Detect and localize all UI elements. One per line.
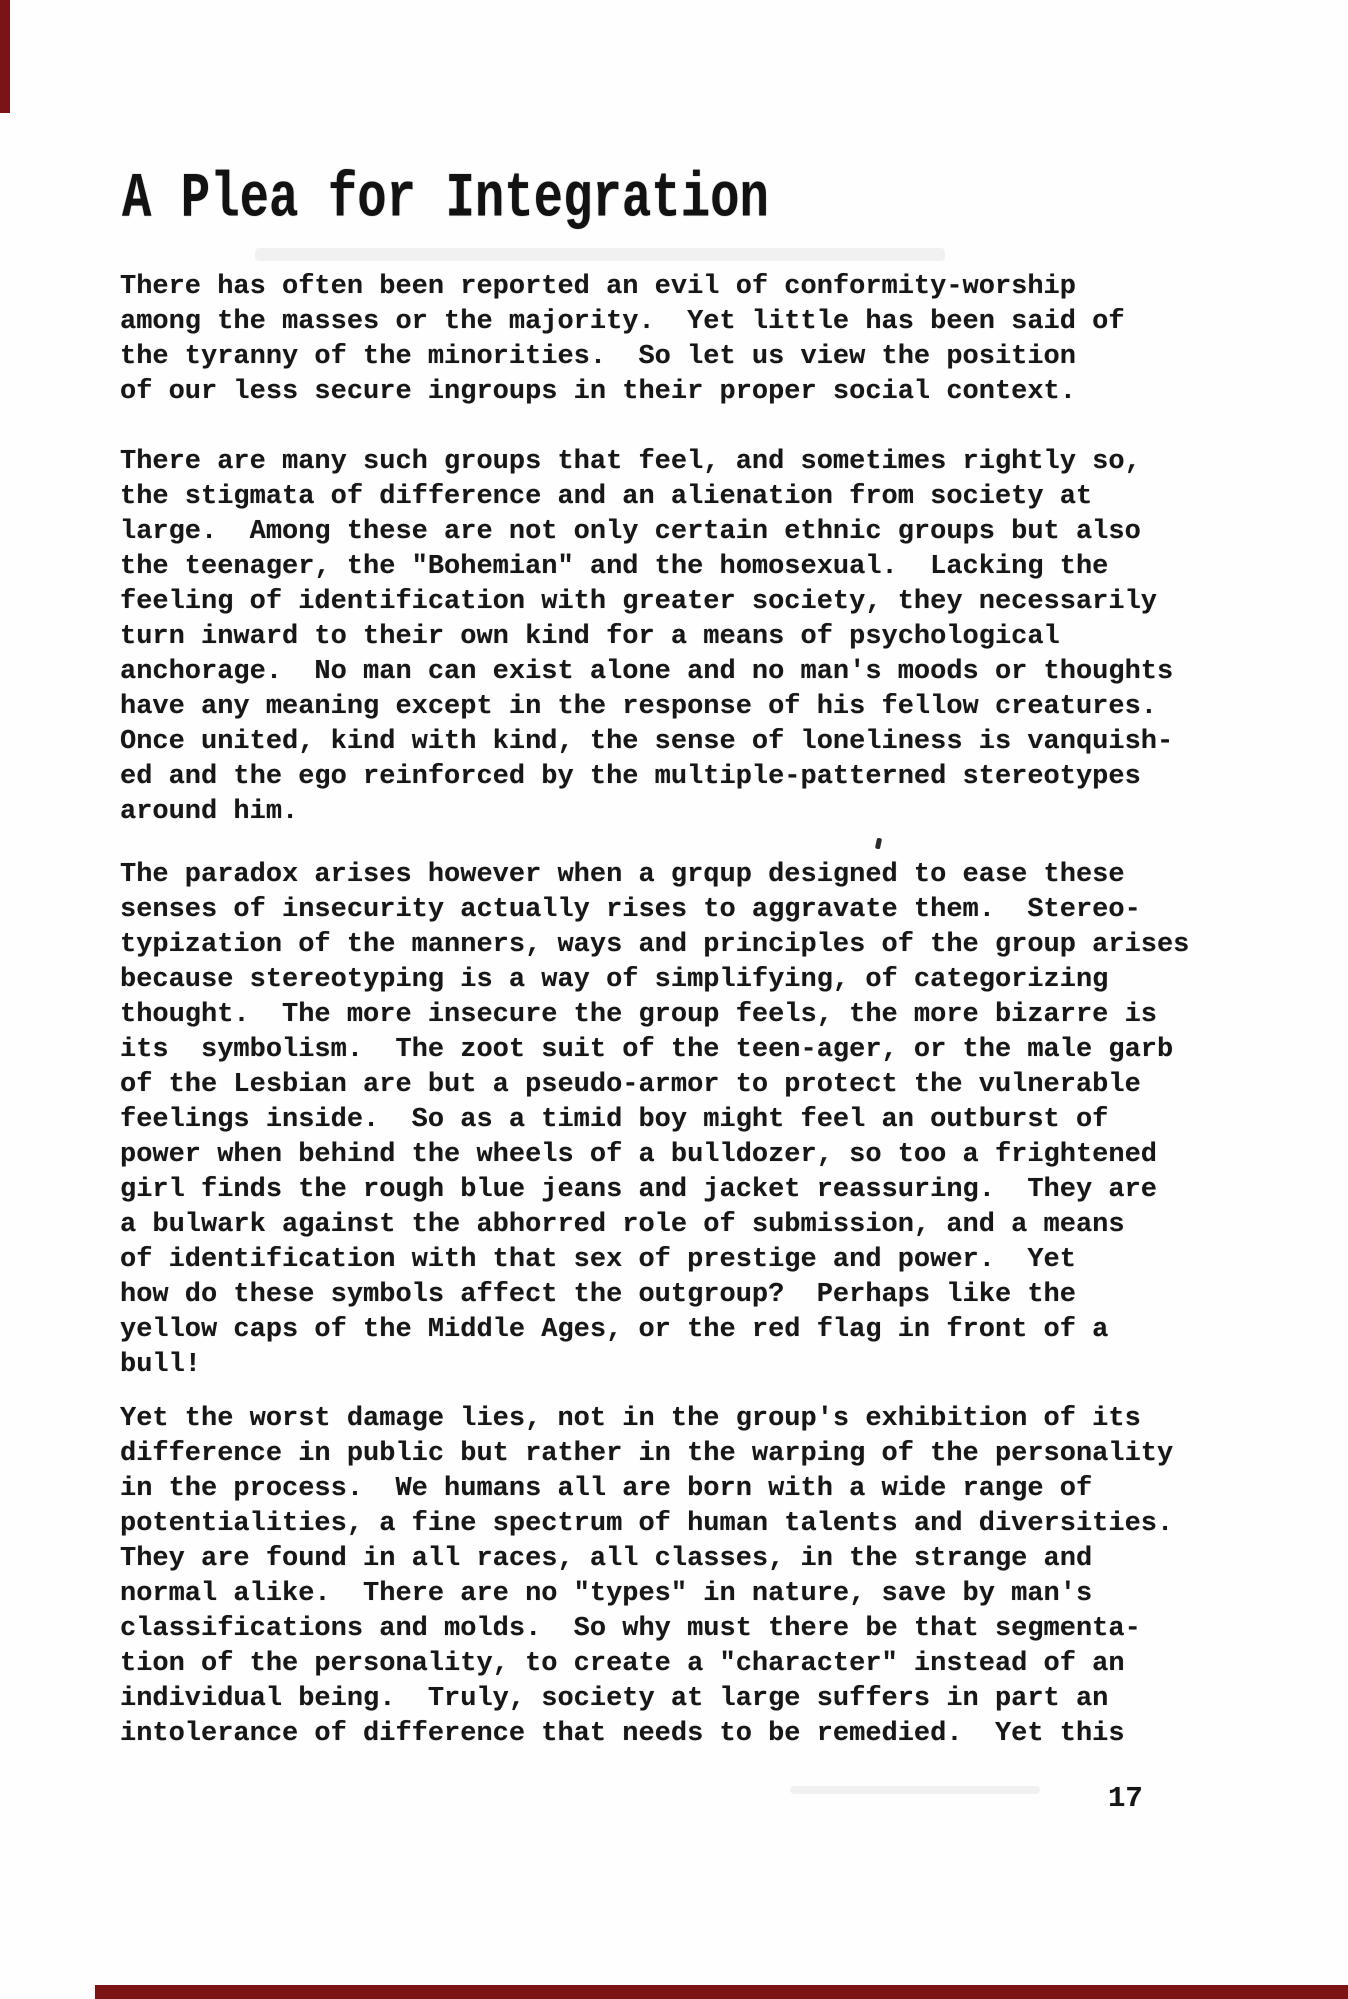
text-line: of identification with that sex of prest… bbox=[120, 1243, 1189, 1278]
scan-edge-artifact-top-left bbox=[0, 0, 10, 113]
text-line: a bulwark against the abhorred role of s… bbox=[120, 1208, 1189, 1243]
text-line: anchorage. No man can exist alone and no… bbox=[120, 655, 1173, 690]
text-line: thought. The more insecure the group fee… bbox=[120, 998, 1189, 1033]
text-line: tion of the personality, to create a "ch… bbox=[120, 1647, 1173, 1682]
text-line: bull! bbox=[120, 1348, 1189, 1383]
text-line: There has often been reported an evil of… bbox=[120, 270, 1125, 305]
text-line: the tyranny of the minorities. So let us… bbox=[120, 340, 1125, 375]
scan-edge-artifact-bottom bbox=[95, 1985, 1348, 1999]
paragraph-4: Yet the worst damage lies, not in the gr… bbox=[120, 1402, 1173, 1752]
text-line: classifications and molds. So why must t… bbox=[120, 1612, 1173, 1647]
text-line: Once united, kind with kind, the sense o… bbox=[120, 725, 1173, 760]
page-title: A Plea for Integration bbox=[122, 168, 769, 231]
text-line: Yet the worst damage lies, not in the gr… bbox=[120, 1402, 1173, 1437]
text-line: individual being. Truly, society at larg… bbox=[120, 1682, 1173, 1717]
text-line: girl finds the rough blue jeans and jack… bbox=[120, 1173, 1189, 1208]
text-line: normal alike. There are no "types" in na… bbox=[120, 1577, 1173, 1612]
text-line: how do these symbols affect the outgroup… bbox=[120, 1278, 1189, 1313]
text-line: large. Among these are not only certain … bbox=[120, 515, 1173, 550]
scan-smudge bbox=[255, 248, 945, 261]
text-line: intolerance of difference that needs to … bbox=[120, 1717, 1173, 1752]
paragraph-1: There has often been reported an evil of… bbox=[120, 270, 1125, 410]
text-line: among the masses or the majority. Yet li… bbox=[120, 305, 1125, 340]
text-line: senses of insecurity actually rises to a… bbox=[120, 893, 1189, 928]
scan-smudge bbox=[790, 1786, 1040, 1794]
text-line: There are many such groups that feel, an… bbox=[120, 445, 1173, 480]
document-page: A Plea for Integration There has often b… bbox=[0, 0, 1348, 1999]
text-line: have any meaning except in the response … bbox=[120, 690, 1173, 725]
text-line: difference in public but rather in the w… bbox=[120, 1437, 1173, 1472]
text-line: yellow caps of the Middle Ages, or the r… bbox=[120, 1313, 1189, 1348]
text-line: of the Lesbian are but a pseudo-armor to… bbox=[120, 1068, 1189, 1103]
text-line: ed and the ego reinforced by the multipl… bbox=[120, 760, 1173, 795]
ink-speck bbox=[875, 838, 882, 850]
text-line: turn inward to their own kind for a mean… bbox=[120, 620, 1173, 655]
paragraph-3: The paradox arises however when a grqup … bbox=[120, 858, 1189, 1383]
text-line: in the process. We humans all are born w… bbox=[120, 1472, 1173, 1507]
text-line: of our less secure ingroups in their pro… bbox=[120, 375, 1125, 410]
text-line: feeling of identification with greater s… bbox=[120, 585, 1173, 620]
text-line: power when behind the wheels of a bulldo… bbox=[120, 1138, 1189, 1173]
paragraph-2: There are many such groups that feel, an… bbox=[120, 445, 1173, 830]
page-number: 17 bbox=[1108, 1782, 1143, 1815]
text-line: The paradox arises however when a grqup … bbox=[120, 858, 1189, 893]
text-line: its symbolism. The zoot suit of the teen… bbox=[120, 1033, 1189, 1068]
text-line: They are found in all races, all classes… bbox=[120, 1542, 1173, 1577]
text-line: because stereotyping is a way of simplif… bbox=[120, 963, 1189, 998]
text-line: around him. bbox=[120, 795, 1173, 830]
text-line: the stigmata of difference and an aliena… bbox=[120, 480, 1173, 515]
text-line: the teenager, the "Bohemian" and the hom… bbox=[120, 550, 1173, 585]
text-line: typization of the manners, ways and prin… bbox=[120, 928, 1189, 963]
text-line: feelings inside. So as a timid boy might… bbox=[120, 1103, 1189, 1138]
text-line: potentialities, a fine spectrum of human… bbox=[120, 1507, 1173, 1542]
